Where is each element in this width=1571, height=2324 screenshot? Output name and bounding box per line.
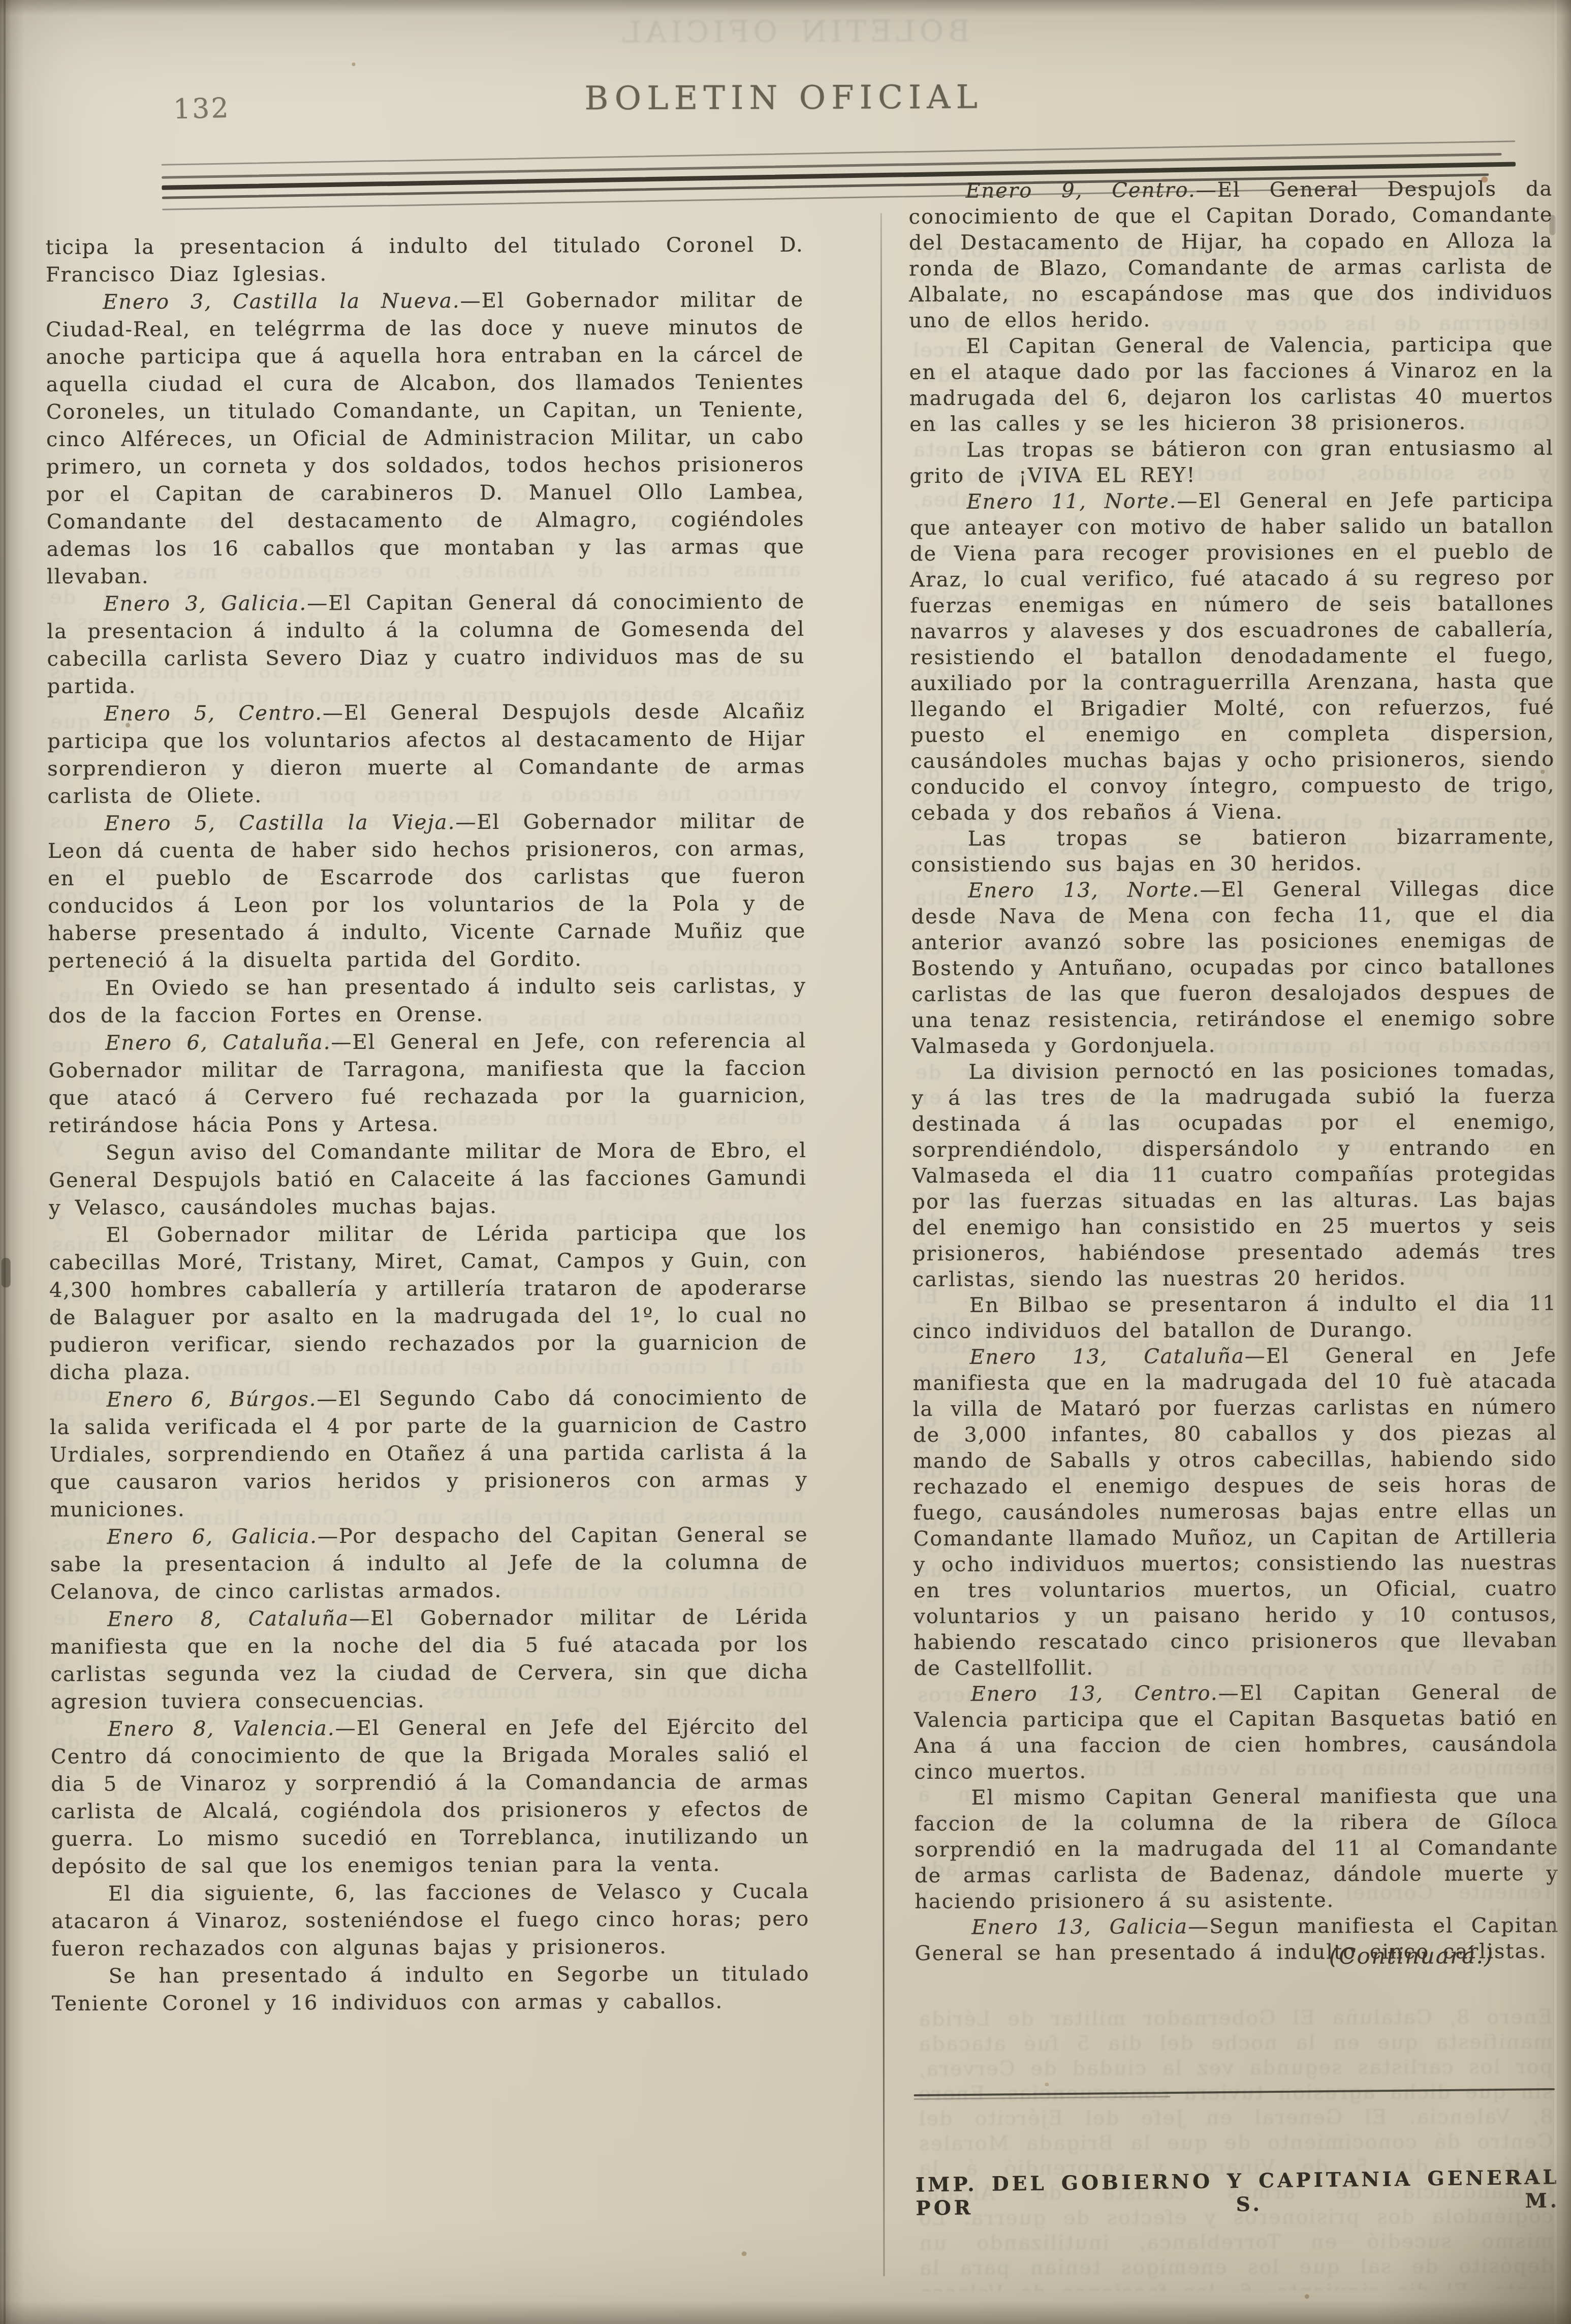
paragraph: Se han presentado á indulto en Segorbe u… xyxy=(51,1960,809,2018)
paragraph: El Gobernador militar de Lérida particip… xyxy=(49,1219,807,1386)
paragraph: Enero 13, Centro.—El Capitan General de … xyxy=(914,1680,1559,1785)
entry-dateline: Enero 8, Valencia. xyxy=(108,1717,335,1741)
entry-dateline: Enero 13, Centro. xyxy=(971,1682,1218,1706)
paragraph: Enero 6, Búrgos.—El Segundo Cabo dá cono… xyxy=(50,1384,808,1524)
entry-dateline: Enero 13, Galicia xyxy=(971,1915,1188,1939)
entry-dateline: Enero 3, Galicia. xyxy=(104,592,307,615)
paragraph: Enero 5, Centro.—El General Despujols de… xyxy=(47,698,806,810)
right-column: Enero 9, Centro.—El General Despujols da… xyxy=(908,176,1559,1967)
entry-dateline: Enero 5, Castilla la Vieja. xyxy=(105,811,456,835)
paragraph: Enero 13, Norte.—El General Villegas dic… xyxy=(911,876,1556,1060)
paragraph: La division pernoctó en las posiciones t… xyxy=(912,1058,1557,1293)
column-divider-rule xyxy=(881,213,885,2276)
entry-dateline: Enero 8, Cataluña xyxy=(107,1607,349,1631)
entry-dateline: Enero 6, Cataluña. xyxy=(105,1031,331,1055)
dust-speck xyxy=(741,2251,746,2256)
paragraph: Enero 8, Valencia.—El General en Jefe de… xyxy=(51,1713,809,1880)
dust-speck xyxy=(236,1888,240,1893)
page-number: 132 xyxy=(173,92,230,125)
paragraph: Enero 3, Castilla la Nueva.—El Gobernado… xyxy=(46,286,805,591)
entry-dateline: Enero 11, Norte. xyxy=(966,489,1177,513)
paragraph: El mismo Capitan General manifiesta que … xyxy=(914,1783,1559,1915)
dust-speck xyxy=(1481,176,1488,182)
imprint-line: IMP. DEL GOBIERNO Y CAPITANIA GENERAL PO… xyxy=(916,2165,1560,2220)
entry-dateline: Enero 6, Galicia. xyxy=(107,1525,318,1548)
footer-rule xyxy=(914,2088,1555,2096)
rule-line xyxy=(162,140,1516,166)
dust-speck xyxy=(1541,770,1545,774)
masthead-title: BOLETIN OFICIAL xyxy=(550,78,1018,117)
paragraph: Las tropas se bátieron con gran entusias… xyxy=(909,436,1554,489)
paragraph: Enero 11, Norte.—El General en Jefe part… xyxy=(909,487,1555,826)
paragraph: En Bilbao se presentaron á indulto el di… xyxy=(913,1291,1557,1345)
paragraph: Enero 9, Centro.—El General Despujols da… xyxy=(908,176,1553,334)
entry-dateline: Enero 3, Castilla la Nueva. xyxy=(103,289,460,314)
entry-dateline: Enero 5, Centro. xyxy=(104,701,323,726)
left-column: ticipa la presentacion á indulto del tit… xyxy=(46,231,810,2018)
paragraph: En Oviedo se han presentado á indulto se… xyxy=(48,972,806,1030)
paragraph: Enero 3, Galicia.—El Capitan General dá … xyxy=(47,588,805,700)
ink-smudge xyxy=(2,1258,11,1287)
ink-smudge xyxy=(1550,215,1556,235)
entry-dateline: Enero 13, Norte. xyxy=(968,878,1200,903)
paragraph: Enero 8, Cataluña—El Gobernador militar … xyxy=(50,1603,809,1716)
dust-speck xyxy=(1045,2083,1049,2086)
continuation-note: (Continuará.) xyxy=(915,1943,1494,1971)
paragraph: Segun aviso del Comandante militar de Mo… xyxy=(49,1137,807,1222)
paragraph: Las tropas se batieron bizarramente, con… xyxy=(911,824,1555,878)
paragraph: Enero 6, Galicia.—Por despacho del Capit… xyxy=(50,1521,808,1606)
paragraph: ticipa la presentacion á indulto del tit… xyxy=(46,231,804,289)
paragraph: El Capitan General de Valencia, particip… xyxy=(909,332,1554,438)
entry-dateline: Enero 9, Centro. xyxy=(965,178,1196,203)
dust-speck xyxy=(352,63,355,66)
scanned-page: BOLETIN OFICIAL ticipa la presentacion á… xyxy=(0,0,1571,2324)
entry-dateline: Enero 6, Búrgos. xyxy=(107,1387,317,1411)
paragraph: Enero 13, Cataluña—El General en Jefe ma… xyxy=(913,1343,1558,1682)
bleed-through-text: Enero 8, Cataluña El Gobernador militar … xyxy=(918,2005,1554,2291)
entry-dateline: Enero 13, Cataluña xyxy=(969,1345,1245,1369)
paragraph: Enero 6, Cataluña.—El General en Jefe, c… xyxy=(48,1027,807,1139)
paragraph: Enero 5, Castilla la Vieja.—El Gobernado… xyxy=(48,808,806,975)
paragraph: El dia siguiente, 6, las facciones de Ve… xyxy=(51,1878,810,1963)
dust-speck xyxy=(125,723,130,727)
dust-speck xyxy=(1305,2294,1309,2299)
